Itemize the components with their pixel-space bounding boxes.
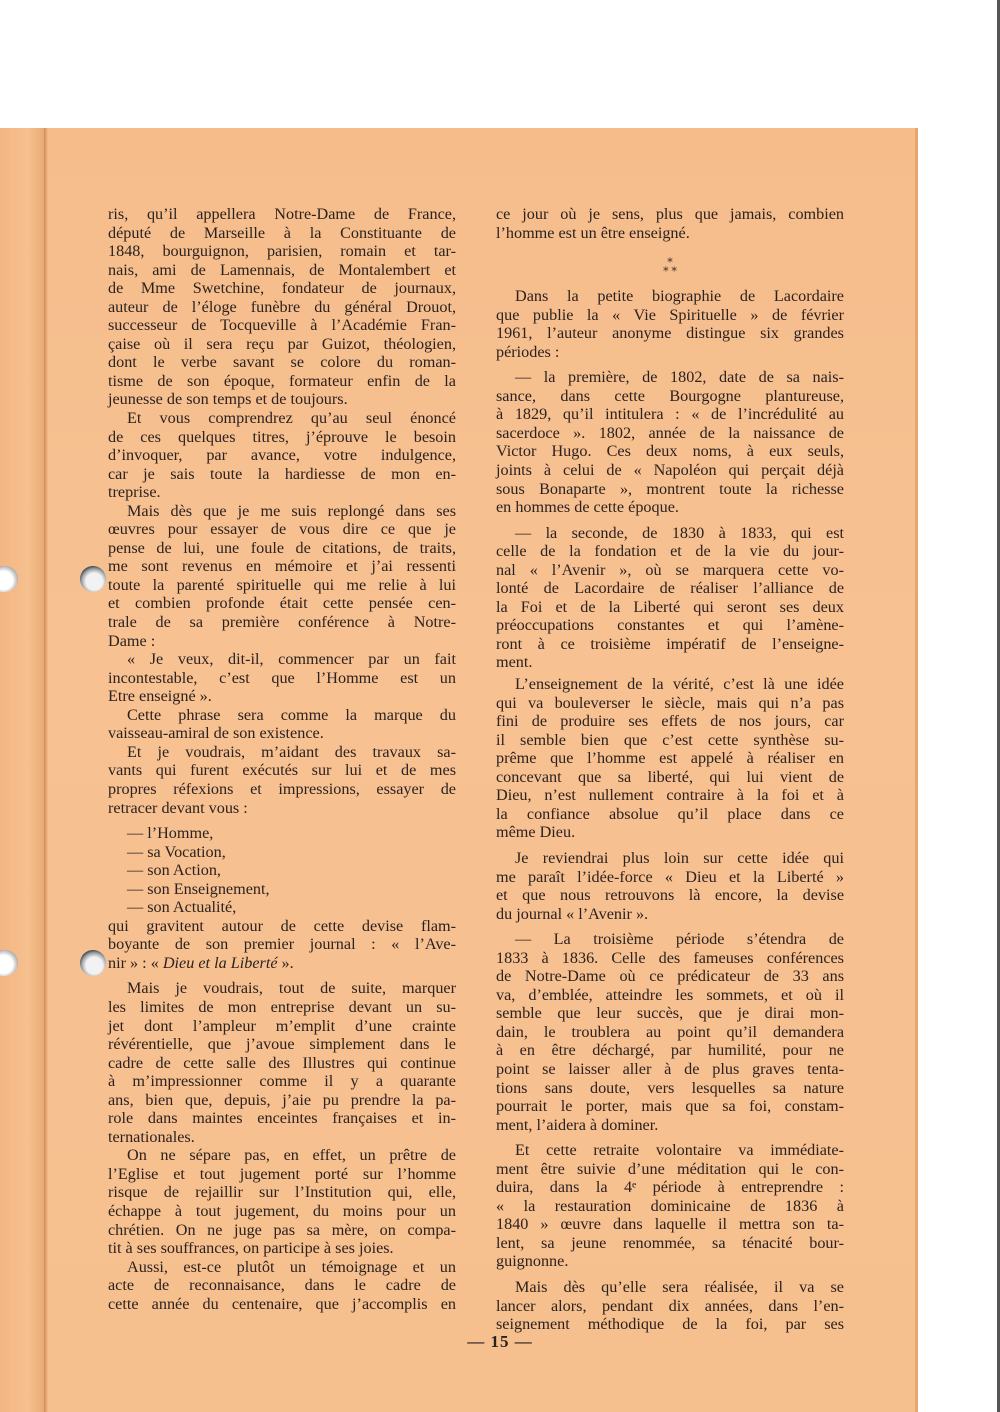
list-item: — son Enseignement, <box>108 880 456 899</box>
paragraph: ce jour où je sens, plus que jamais, com… <box>496 205 844 242</box>
punch-hole <box>80 950 106 976</box>
text-line: 1848, bourguignon, parisien, romain et t… <box>108 242 456 261</box>
text-line: 1840 » œuvre dans laquelle il mettra son… <box>496 1215 844 1234</box>
text-line: Et je voudrais, m’aidant des travaux sa- <box>108 743 456 762</box>
text-line: Mais dès qu’elle sera réalisée, il va se <box>496 1278 844 1297</box>
text-line: « Je veux, dit-il, commencer par un fait <box>108 650 456 669</box>
text-column-left: ris, qu’il appellera Notre-Dame de Franc… <box>108 205 456 1313</box>
text-line: fini de produire ses effets de nos jours… <box>496 712 844 731</box>
section-separator: ⁎⁎ ⁎ <box>496 255 844 273</box>
list-item: — son Action, <box>108 861 456 880</box>
text-line: pourrait le porter, mais que sa foi, con… <box>496 1097 844 1116</box>
text-line: risque de rejaillir sur l’Institution qu… <box>108 1183 456 1202</box>
text-line: ternationales. <box>108 1128 456 1147</box>
paragraph: Mais dès que je me suis replongé dans se… <box>108 502 456 650</box>
text-line: propres réfexions et impressions, essaye… <box>108 780 456 799</box>
text-line: que publie la « Vie Spirituelle » de fév… <box>496 306 844 325</box>
text-line: jet dont l’ampleur m’emplit d’une craint… <box>108 1017 456 1036</box>
text-line: celle de la fondation et de la vie du jo… <box>496 542 844 561</box>
text-line: chrétien. On ne juge pas sa mère, on com… <box>108 1221 456 1240</box>
text-line: ment, l’aidera à dominer. <box>496 1116 844 1135</box>
text-line: de Notre-Dame où ce prédicateur de 33 an… <box>496 967 844 986</box>
paragraph: Dans la petite biographie de Lacordaireq… <box>496 287 844 361</box>
text-line: nal « l’Avenir », où se marquera cette v… <box>496 561 844 580</box>
text-line: boyante de son premier journal : « l’Ave… <box>108 935 456 954</box>
text-line: l’homme est un être enseigné. <box>496 224 844 243</box>
text-line: On ne sépare pas, en effet, un prêtre de <box>108 1146 456 1165</box>
text-line: tions sans doute, vers lesquelles sa nat… <box>496 1079 844 1098</box>
text-line: de ces quelques titres, j’éprouve le bes… <box>108 428 456 447</box>
text-line: role dans maintes enceintes françaises e… <box>108 1109 456 1128</box>
text-line: Et vous comprendrez qu’au seul énoncé <box>108 409 456 428</box>
text-line: seignement méthodique de la foi, par ses <box>496 1315 844 1334</box>
text-line: auteur de l’éloge funèbre du général Dro… <box>108 298 456 317</box>
paragraph: Cette phrase sera comme la marque duvais… <box>108 706 456 743</box>
text-line: toute la parenté spirituelle qui me reli… <box>108 576 456 595</box>
text-line: Dame : <box>108 632 456 651</box>
text-line: ment être suivie d’une méditation qui le… <box>496 1160 844 1179</box>
text-line: les limites de mon entreprise devant un … <box>108 998 456 1017</box>
text-line: d’invoquer, par avance, votre indulgence… <box>108 446 456 465</box>
text-line: à 1829, qu’il intitulera : « de l’incréd… <box>496 405 844 424</box>
text-line: lent, sa jeune renommée, sa ténacité bou… <box>496 1234 844 1253</box>
text-line: treprise. <box>108 483 456 502</box>
paragraph: Je reviendrai plus loin sur cette idée q… <box>496 849 844 923</box>
text-line: sance, dans cette Bourgogne plantureuse, <box>496 387 844 406</box>
text-line: ris, qu’il appellera Notre-Dame de Franc… <box>108 205 456 224</box>
paragraph: qui gravitent autour de cette devise fla… <box>108 917 456 973</box>
paragraph: — la première, de 1802, date de sa nais-… <box>496 368 844 516</box>
text-line: va, d’emblée, atteindre les sommets, et … <box>496 986 844 1005</box>
text-line: qui gravitent autour de cette devise fla… <box>108 917 456 936</box>
text-line: à en être déchargé, par humilité, pour n… <box>496 1041 844 1060</box>
text-line: l’Eglise et tout jugement porté sur l’ho… <box>108 1165 456 1184</box>
paragraph: Aussi, est-ce plutôt un témoignage et un… <box>108 1258 456 1314</box>
text-line: tit à ses souffrances, on participe à se… <box>108 1239 456 1258</box>
paragraph: Et cette retraite volontaire va immédiat… <box>496 1141 844 1271</box>
list-item: — sa Vocation, <box>108 843 456 862</box>
text-line: ment. <box>496 653 844 672</box>
text-line: préoccupations constantes et qui l’amène… <box>496 616 844 635</box>
text-line: lonté de Lacordaire de réaliser l’allian… <box>496 579 844 598</box>
paragraph: L’enseignement de la vérité, c’est là un… <box>496 675 844 842</box>
text-line: 1961, l’auteur anonyme distingue six gra… <box>496 324 844 343</box>
text-line: qui va bouleverser le siècle, mais qui n… <box>496 694 844 713</box>
text-line: député de Marseille à la Constituante de <box>108 224 456 243</box>
text-line: « la restauration dominicaine de 1836 à <box>496 1197 844 1216</box>
text-line: tisme de son époque, formateur enfin de … <box>108 372 456 391</box>
text-line: et que nous retrouvons là encore, la dev… <box>496 886 844 905</box>
text-line: vaisseau-amiral de son existence. <box>108 724 456 743</box>
paragraph: — La troisième période s’étendra de1833 … <box>496 930 844 1134</box>
text-line: pense de lui, une foule de citations, de… <box>108 539 456 558</box>
text-line: la Foi et de la Liberté qui seront ses d… <box>496 598 844 617</box>
text-line: acte de reconnaisance, dans le cadre de <box>108 1276 456 1295</box>
paragraph: Mais dès qu’elle sera réalisée, il va se… <box>496 1278 844 1334</box>
text-column-right: ce jour où je sens, plus que jamais, com… <box>496 205 844 1334</box>
text-line: cadre de cette salle des Illustres qui c… <box>108 1054 456 1073</box>
text-line: concevant que sa liberté, qui lui vient … <box>496 768 844 787</box>
text-line: Je reviendrai plus loin sur cette idée q… <box>496 849 844 868</box>
text-line: Mais dès que je me suis replongé dans se… <box>108 502 456 521</box>
text-line: point se laisser aller à de plus graves … <box>496 1060 844 1079</box>
text-line: Victor Hugo. Ces deux noms, à eux seuls, <box>496 442 844 461</box>
text-line: nir » : « Dieu et la Liberté ». <box>108 954 456 973</box>
punch-hole <box>80 566 106 592</box>
text-line: — la seconde, de 1830 à 1833, qui est <box>496 524 844 543</box>
text-line: Aussi, est-ce plutôt un témoignage et un <box>108 1258 456 1277</box>
paragraph: Et je voudrais, m’aidant des travaux sa-… <box>108 743 456 817</box>
text-line: semble que leur succès, que je dirai mon… <box>496 1004 844 1023</box>
text-line: du journal « l’Avenir ». <box>496 905 844 924</box>
text-line: Mais je voudrais, tout de suite, marquer <box>108 979 456 998</box>
text-line: me sont revenus en mémoire et j’ai resse… <box>108 557 456 576</box>
text-line: à m’impressionner comme il y a quarante <box>108 1072 456 1091</box>
text-line: même Dieu. <box>496 823 844 842</box>
motto-italic: Dieu et la Liberté <box>163 954 278 972</box>
text-line: il semble bien que c’est cette synthèse … <box>496 731 844 750</box>
text-line: successeur de Tocqueville à l’Académie F… <box>108 316 456 335</box>
paragraph: Et vous comprendrez qu’au seul énoncéde … <box>108 409 456 502</box>
page-number: — 15 — <box>0 1332 1000 1352</box>
paragraph: On ne sépare pas, en effet, un prêtre de… <box>108 1146 456 1257</box>
text-line: de Mme Swetchine, fondateur de journaux, <box>108 279 456 298</box>
text-line: Dieu, n’est nullement contraire à la foi… <box>496 786 844 805</box>
text-line: me paraît l’idée-force « Dieu et la Libe… <box>496 868 844 887</box>
text-line: — La troisième période s’étendra de <box>496 930 844 949</box>
text-line: échappe à tout jugement, du moins pour u… <box>108 1202 456 1221</box>
text-line: ans, bien que, depuis, j’aie pu prendre … <box>108 1091 456 1110</box>
text-line: vants qui furent exécutés sur lui et de … <box>108 761 456 780</box>
text-line: sacerdoce ». 1802, année de la naissance… <box>496 424 844 443</box>
text-line: joints à celui de « Napoléon qui perçait… <box>496 461 844 480</box>
text-line: œuvres pour essayer de vous dire ce que … <box>108 520 456 539</box>
text-line: trale de sa première conférence à Notre- <box>108 613 456 632</box>
text-line: Cette phrase sera comme la marque du <box>108 706 456 725</box>
text-line: sous Bonaparte », montrent toute la rich… <box>496 480 844 499</box>
text-line: 1833 à 1836. Celle des fameuses conféren… <box>496 949 844 968</box>
paragraph: Mais je voudrais, tout de suite, marquer… <box>108 979 456 1146</box>
text-line: dain, le troublera au point qu’il demand… <box>496 1023 844 1042</box>
text-line: — la première, de 1802, date de sa nais- <box>496 368 844 387</box>
text-line: révérentielle, que j’avoue simplement da… <box>108 1035 456 1054</box>
text-line: Etre enseigné ». <box>108 687 456 706</box>
text-line: périodes : <box>496 343 844 362</box>
text-line: incontestable, c’est que l’Homme est un <box>108 669 456 688</box>
text-line: en hommes de cette époque. <box>496 498 844 517</box>
text-line: et combien profonde était cette pensée c… <box>108 594 456 613</box>
previous-page-edge <box>0 128 46 1412</box>
paragraph: « Je veux, dit-il, commencer par un fait… <box>108 650 456 706</box>
text-line: prême que l’homme est appelé à réaliser … <box>496 749 844 768</box>
text-line: çaise où il sera reçu par Guizot, théolo… <box>108 335 456 354</box>
text-line: duira, dans la 4ᵉ période à entreprendre… <box>496 1178 844 1197</box>
text-line: retracer devant vous : <box>108 799 456 818</box>
enumeration-list: — l’Homme,— sa Vocation,— son Action,— s… <box>108 824 456 917</box>
text-line: cette année du centenaire, que j’accompl… <box>108 1295 456 1314</box>
text-line: L’enseignement de la vérité, c’est là un… <box>496 675 844 694</box>
text-line: nais, ami de Lamennais, de Montalembert … <box>108 261 456 280</box>
text-line: lancer alors, pendant dix années, dans l… <box>496 1297 844 1316</box>
text-line: la confiance absolue qu’il place dans ce <box>496 805 844 824</box>
text-line: Et cette retraite volontaire va immédiat… <box>496 1141 844 1160</box>
text-line: jeunesse de son temps et de toujours. <box>108 390 456 409</box>
text-line: Dans la petite biographie de Lacordaire <box>496 287 844 306</box>
paragraph: — la seconde, de 1830 à 1833, qui estcel… <box>496 524 844 672</box>
text-line: guignonne. <box>496 1252 844 1271</box>
text-line: car je sais toute la hardiesse de mon en… <box>108 465 456 484</box>
text-line: ce jour où je sens, plus que jamais, com… <box>496 205 844 224</box>
list-item: — son Actualité, <box>108 898 456 917</box>
text-line: ront à ce troisième impératif de l’ensei… <box>496 635 844 654</box>
text-line: dont le verbe savant se colore du roman- <box>108 353 456 372</box>
paragraph: ris, qu’il appellera Notre-Dame de Franc… <box>108 205 456 409</box>
list-item: — l’Homme, <box>108 824 456 843</box>
